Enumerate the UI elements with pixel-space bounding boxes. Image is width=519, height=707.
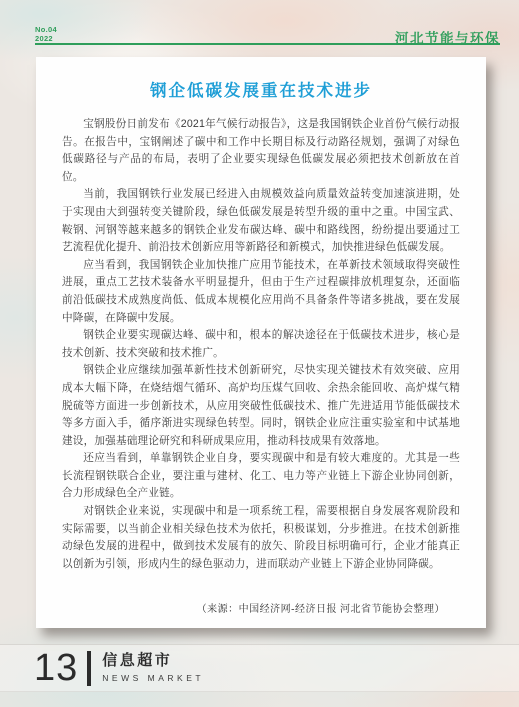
article-paragraph: 应当看到，我国钢铁企业加快推广应用节能技术，在革新技术领域取得突破性进展，重点工… <box>62 257 460 327</box>
article-paragraph: 宝钢股份日前发布《2021年气候行动报告》，这是我国钢铁企业首份气候行动报告。在… <box>62 116 460 186</box>
footer-section-title: 信息超市 <box>102 653 204 670</box>
article-title: 钢企低碳发展重在技术进步 <box>62 77 460 101</box>
article-body: 宝钢股份日前发布《2021年气候行动报告》，这是我国钢铁企业首份气候行动报告。在… <box>62 116 460 573</box>
footer-section-subtitle: NEWS MARKET <box>102 673 204 683</box>
footer-band: 13 信息超市 NEWS MARKET <box>0 644 519 692</box>
magazine-page: No.04 2022 河北节能与环保 钢企低碳发展重在技术进步 宝钢股份日前发布… <box>0 0 519 707</box>
page-number: 13 <box>34 649 78 687</box>
footer-divider <box>87 651 91 686</box>
article-source: （来源：中国经济网-经济日报 河北省节能协会整理） <box>62 600 460 615</box>
article-paragraph: 当前，我国钢铁行业发展已经进入由规模效益向质量效益转变加速演进期，处于实现由大到… <box>62 186 460 256</box>
issue-number: No.04 2022 <box>35 25 57 43</box>
issue-year-line: 2022 <box>35 34 57 43</box>
footer-section: 信息超市 NEWS MARKET <box>102 653 204 684</box>
magazine-title: 河北节能与环保 <box>395 27 500 47</box>
article-paragraph: 对钢铁企业来说，实现碳中和是一项系统工程，需要根据自身发展客观阶段和实际需要，以… <box>62 503 460 573</box>
article-paragraph: 钢铁企业要实现碳达峰、碳中和，根本的解决途径在于低碳技术进步，核心是技术创新、技… <box>62 327 460 362</box>
article-card: 钢企低碳发展重在技术进步 宝钢股份日前发布《2021年气候行动报告》，这是我国钢… <box>36 57 486 628</box>
issue-no-line: No.04 <box>35 25 57 34</box>
article-paragraph: 钢铁企业应继续加强革新性技术创新研究，尽快实现关键技术有效突破、应用成本大幅下降… <box>62 362 460 450</box>
article-paragraph: 还应当看到，单靠钢铁企业自身，要实现碳中和是有较大难度的。尤其是一些长流程钢铁联… <box>62 450 460 503</box>
